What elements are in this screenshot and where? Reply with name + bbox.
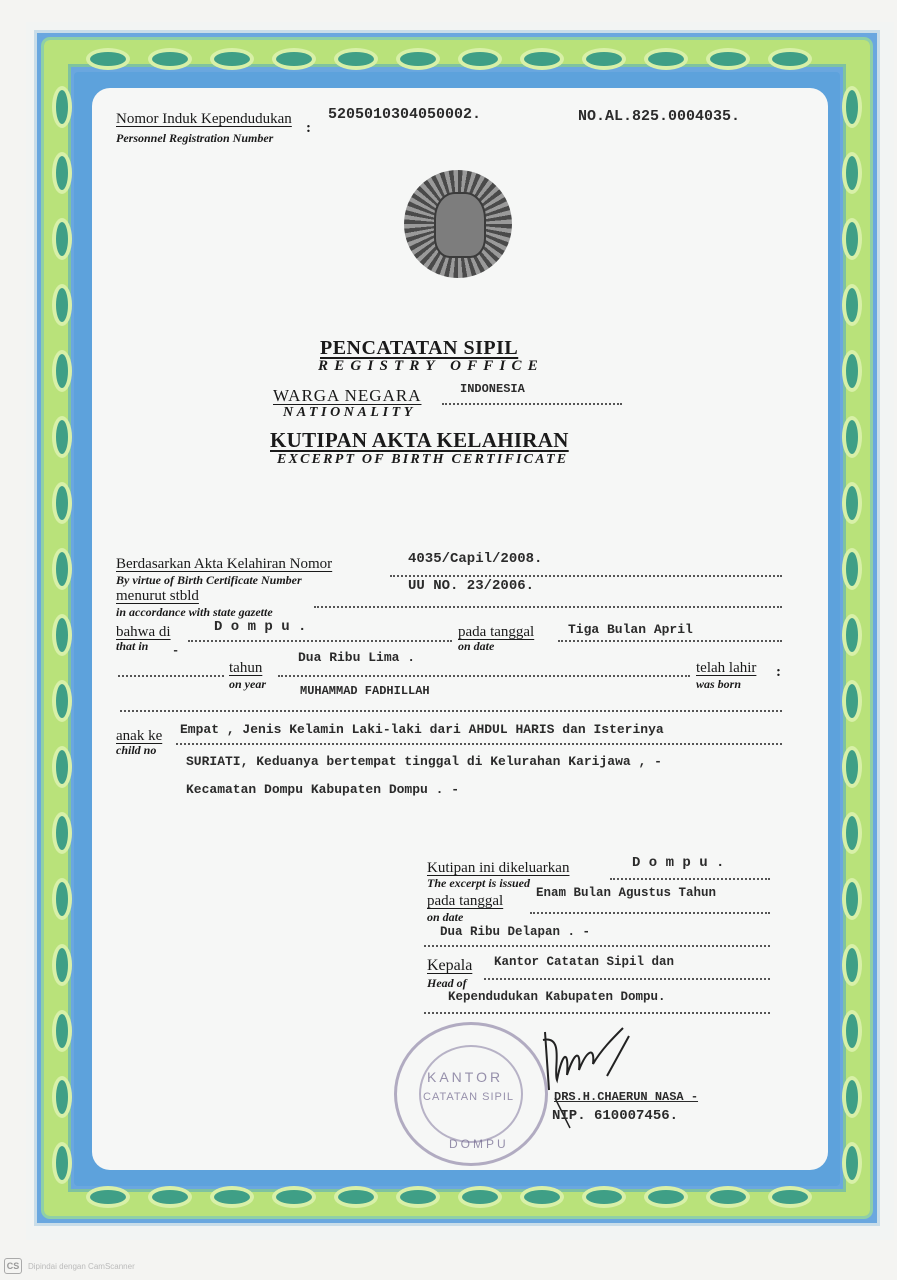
- nik-colon: :: [306, 120, 311, 136]
- dotted-line: [424, 945, 770, 947]
- ornament-icon: [56, 222, 68, 256]
- dotted-line: [176, 743, 782, 745]
- ornament-icon: [214, 1190, 250, 1204]
- stbld-label-en: in accordance with state gazette: [116, 606, 273, 618]
- ornament-icon: [462, 52, 498, 66]
- head-office-line-2: Kependudukan Kabupaten Dompu.: [448, 990, 666, 1004]
- office-title: PENCATATAN SIPIL: [320, 337, 518, 360]
- ornament-icon: [56, 420, 68, 454]
- ornament-icon: [846, 618, 858, 652]
- birth-date-label: pada tanggal: [458, 624, 534, 640]
- official-stamp: KANTOR CATATAN SIPIL DOMPU: [394, 1022, 548, 1166]
- ornament-icon: [846, 420, 858, 454]
- ornament-icon: [846, 948, 858, 982]
- head-of-label-en: Head of: [427, 977, 467, 989]
- official-name: DRS.H.CHAERUN NASA -: [554, 1090, 698, 1104]
- ornament-icon: [56, 1146, 68, 1180]
- dotted-line: [484, 978, 770, 980]
- ornament-icon: [56, 354, 68, 388]
- birth-place-value: D o m p u .: [214, 619, 306, 635]
- ornament-icon: [56, 618, 68, 652]
- issued-date-label: pada tanggal: [427, 893, 503, 909]
- garuda-emblem-icon: [404, 170, 512, 278]
- nationality-label: WARGA NEGARA: [273, 388, 421, 404]
- ornament-icon: [846, 750, 858, 784]
- ornament-icon: [846, 684, 858, 718]
- ornament-icon: [56, 816, 68, 850]
- stamp-text-line-2: CATATAN SIPIL: [423, 1091, 514, 1103]
- nationality-value: INDONESIA: [460, 382, 525, 396]
- nik-value: 5205010304050002.: [328, 106, 481, 123]
- ornament-icon: [710, 1190, 746, 1204]
- ornament-icon: [648, 1190, 684, 1204]
- dash-mark: -: [172, 644, 179, 658]
- official-nip: NIP. 610007456.: [552, 1108, 678, 1124]
- ornament-icon: [462, 1190, 498, 1204]
- issued-place-value: D o m p u .: [632, 855, 724, 871]
- ornament-icon: [846, 552, 858, 586]
- ornament-icon: [90, 1190, 126, 1204]
- birth-year-label: tahun: [229, 660, 262, 676]
- birth-date-value: Tiga Bulan April: [568, 622, 693, 637]
- ornament-icon: [846, 1014, 858, 1048]
- ornament-icon: [56, 1080, 68, 1114]
- ornament-icon: [56, 882, 68, 916]
- issued-place-label-en: The excerpt is issued: [427, 877, 530, 889]
- born-colon: :: [776, 664, 781, 680]
- stamp-text-bottom: DOMPU: [449, 1137, 509, 1151]
- ornament-icon: [56, 486, 68, 520]
- ornament-icon: [276, 52, 312, 66]
- ornament-icon: [586, 1190, 622, 1204]
- ornament-icon: [846, 882, 858, 916]
- ornament-icon: [56, 288, 68, 322]
- cert-number-label-en: By virtue of Birth Certificate Number: [116, 574, 302, 586]
- ornament-icon: [846, 156, 858, 190]
- ornament-icon: [56, 1014, 68, 1048]
- ornament-icon: [846, 486, 858, 520]
- ornament-icon: [276, 1190, 312, 1204]
- dotted-line: [390, 575, 782, 577]
- camscanner-logo-icon: CS: [4, 1258, 22, 1274]
- ornament-icon: [846, 222, 858, 256]
- dotted-line: [558, 640, 782, 642]
- ornament-icon: [772, 52, 808, 66]
- head-of-label: Kepala: [427, 958, 472, 974]
- ornament-icon: [524, 1190, 560, 1204]
- dotted-line: [278, 675, 690, 677]
- birth-year-value: Dua Ribu Lima .: [298, 650, 415, 665]
- child-info-line-2: SURIATI, Keduanya bertempat tinggal di K…: [186, 754, 662, 769]
- ornament-icon: [648, 52, 684, 66]
- ornament-icon: [56, 552, 68, 586]
- cert-number-value: 4035/Capil/2008.: [408, 551, 542, 567]
- ornament-icon: [710, 52, 746, 66]
- child-name-value: MUHAMMAD FADHILLAH: [300, 684, 430, 698]
- ornament-icon: [400, 52, 436, 66]
- issued-place-label: Kutipan ini dikeluarkan: [427, 860, 569, 876]
- office-title-en: REGISTRY OFFICE: [318, 358, 544, 375]
- ornament-icon: [586, 52, 622, 66]
- stbld-label: menurut stbld: [116, 588, 199, 604]
- dotted-line: [424, 1012, 770, 1014]
- ornament-icon: [846, 354, 858, 388]
- dotted-line: [610, 878, 770, 880]
- dotted-line: [530, 912, 770, 914]
- ornament-icon: [338, 52, 374, 66]
- issued-date-label-en: on date: [427, 911, 463, 923]
- certificate-number: NO.AL.825.0004035.: [578, 108, 740, 125]
- ornament-icon: [846, 1146, 858, 1180]
- stamp-text-line-1: KANTOR: [427, 1069, 503, 1085]
- place-label-en: that in: [116, 640, 148, 652]
- child-info-line-1: Empat , Jenis Kelamin Laki-laki dari AHD…: [180, 722, 664, 737]
- nationality-label-en: NATIONALITY: [283, 405, 416, 421]
- ornament-icon: [56, 684, 68, 718]
- birth-date-label-en: on date: [458, 640, 494, 652]
- ornament-icon: [846, 1080, 858, 1114]
- document-title: KUTIPAN AKTA KELAHIRAN: [270, 428, 569, 453]
- ornament-icon: [214, 52, 250, 66]
- ornament-icon: [524, 52, 560, 66]
- ornament-icon: [56, 90, 68, 124]
- scanner-watermark: CS Dipindai dengan CamScanner: [4, 1258, 135, 1274]
- born-label: telah lahir: [696, 660, 756, 676]
- ornament-icon: [846, 288, 858, 322]
- birth-year-label-en: on year: [229, 678, 266, 690]
- child-number-label-en: child no: [116, 744, 156, 756]
- ornament-icon: [56, 750, 68, 784]
- dotted-line: [120, 710, 782, 712]
- ornament-icon: [56, 948, 68, 982]
- issued-date-line-2: Dua Ribu Delapan . -: [440, 925, 590, 939]
- ornament-icon: [152, 52, 188, 66]
- dotted-line: [314, 606, 782, 608]
- child-info-line-3: Kecamatan Dompu Kabupaten Dompu . -: [186, 782, 459, 797]
- ornament-icon: [56, 156, 68, 190]
- document-title-en: EXCERPT OF BIRTH CERTIFICATE: [277, 452, 568, 468]
- child-number-label: anak ke: [116, 728, 162, 744]
- ornament-icon: [152, 1190, 188, 1204]
- nik-label: Nomor Induk Kependudukan: [116, 111, 292, 127]
- ornament-icon: [846, 90, 858, 124]
- ornament-icon: [400, 1190, 436, 1204]
- nik-label-en: Personnel Registration Number: [116, 132, 273, 144]
- born-label-en: was born: [696, 678, 741, 690]
- head-office-line-1: Kantor Catatan Sipil dan: [494, 955, 674, 969]
- scanner-text: Dipindai dengan CamScanner: [28, 1262, 135, 1271]
- stbld-value: UU NO. 23/2006.: [408, 578, 534, 594]
- ornament-icon: [338, 1190, 374, 1204]
- dotted-line: [188, 640, 452, 642]
- dotted-line: [442, 403, 622, 405]
- cert-number-label: Berdasarkan Akta Kelahiran Nomor: [116, 556, 332, 572]
- dotted-line: [118, 675, 224, 677]
- place-label: bahwa di: [116, 624, 171, 640]
- ornament-icon: [90, 52, 126, 66]
- ornament-icon: [772, 1190, 808, 1204]
- issued-date-line-1: Enam Bulan Agustus Tahun: [536, 886, 716, 900]
- ornament-icon: [846, 816, 858, 850]
